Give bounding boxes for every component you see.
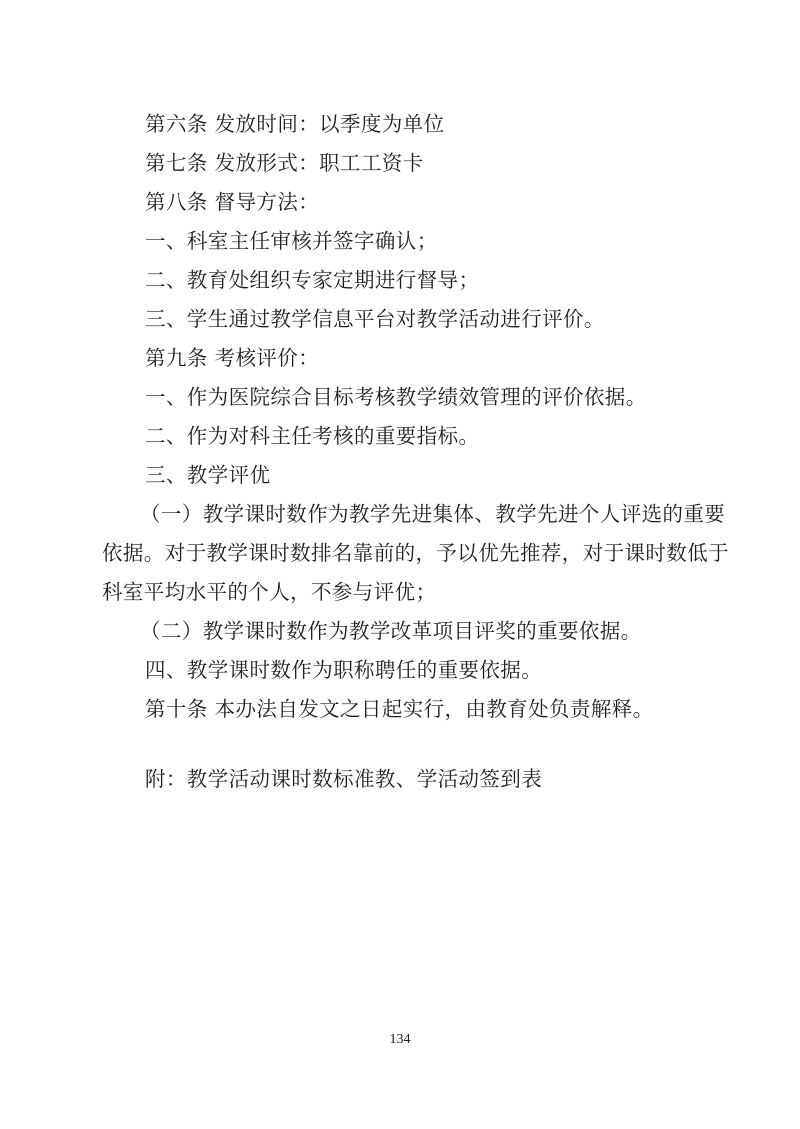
attachment-note: 附：教学活动课时数标准教、学活动签到表	[145, 767, 542, 791]
article-7-payment-form: 第七条 发放形式：职工工资卡	[145, 151, 424, 175]
article-9-item-2: 二、作为对科主任考核的重要指标。	[145, 424, 479, 448]
article-8-item-2: 二、教育处组织专家定期进行督导；	[145, 268, 479, 292]
article-10: 第十条 本办法自发文之日起实行，由教育处负责解释。	[145, 697, 654, 721]
article-8-heading: 第八条 督导方法：	[145, 190, 319, 214]
sub-item-1-line-1: （一）教学课时数作为教学先进集体、教学先进个人评选的重要	[140, 502, 725, 526]
article-9-heading: 第九条 考核评价：	[145, 346, 319, 370]
article-6-payment-time: 第六条 发放时间：以季度为单位	[145, 112, 445, 136]
article-9-item-1: 一、作为医院综合目标考核教学绩效管理的评价依据。	[145, 385, 647, 409]
article-9-item-4: 四、教学课时数作为职称聘任的重要依据。	[145, 658, 542, 682]
article-8-item-3: 三、学生通过教学信息平台对教学活动进行评价。	[145, 307, 605, 331]
sub-item-1-line-3: 科室平均水平的个人，不参与评优；	[102, 580, 436, 604]
page-number: 134	[0, 1032, 800, 1048]
article-9-item-3: 三、教学评优	[145, 463, 270, 487]
sub-item-1-line-2: 依据。对于教学课时数排名靠前的，予以优先推荐，对于课时数低于	[102, 541, 729, 565]
document-page: 第六条 发放时间：以季度为单位 第七条 发放形式：职工工资卡 第八条 督导方法：…	[0, 0, 800, 1129]
sub-item-2: （二）教学课时数作为教学改革项目评奖的重要依据。	[140, 619, 642, 643]
article-8-item-1: 一、科室主任审核并签字确认；	[145, 229, 438, 253]
